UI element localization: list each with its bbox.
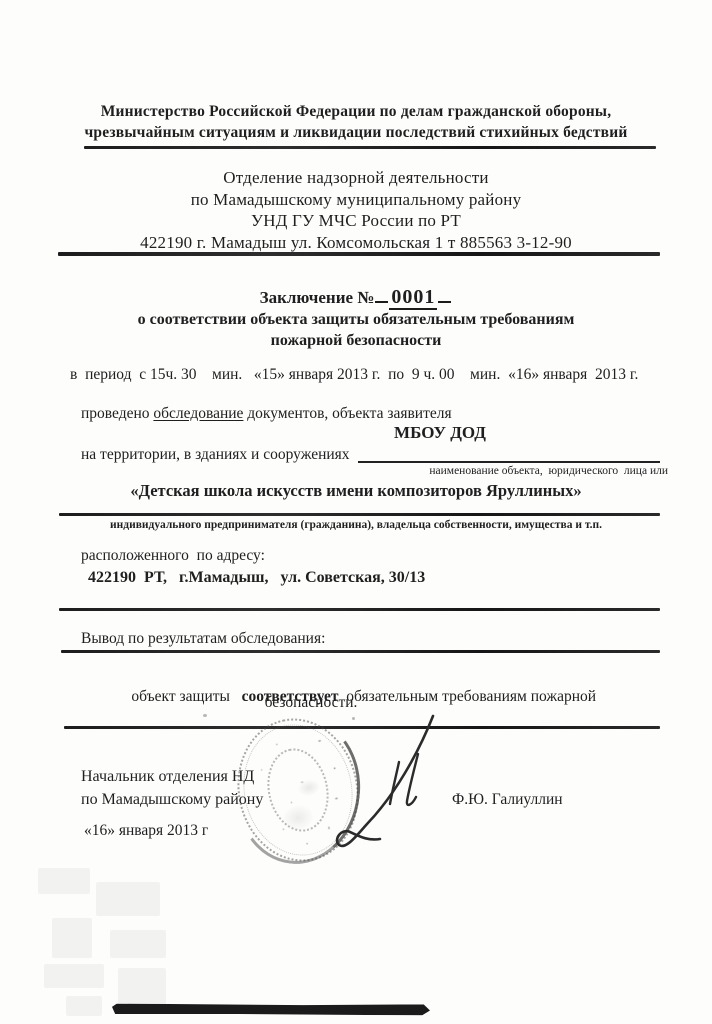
document-title-row: Заключение №0001: [54, 286, 658, 309]
document-number: 0001: [389, 286, 437, 310]
signature-date: «16» января 2013 г: [84, 822, 208, 840]
hint-object-name: наименование объекта, юридического лица …: [380, 465, 668, 477]
survey-line: проведено обследование документов, объек…: [81, 405, 641, 423]
survey-word-underlined: обследование: [153, 405, 243, 422]
hint-owner: индивидуального предпринимателя (граждан…: [54, 519, 658, 531]
scan-speck-1: [203, 714, 207, 717]
address-label: расположенного по адресу:: [81, 547, 265, 565]
department-line-4: 422190 г. Мамадыш ул. Комсомольская 1 т …: [54, 232, 658, 254]
object-name-rule: [59, 513, 660, 516]
applicant-name: МБОУ ДОД: [330, 423, 550, 443]
conclusion-rule: [61, 650, 660, 653]
survey-prefix: проведено: [81, 405, 153, 422]
department-rule: [58, 252, 660, 256]
department-line-1: Отделение надзорной деятельности: [54, 167, 658, 189]
title-subtitle-1: о соответствии объекта защиты обязательн…: [54, 311, 658, 329]
territory-label: на территории, в зданиях и сооружениях: [81, 446, 350, 464]
department-line-3: УНД ГУ МЧС России по РТ: [54, 210, 658, 232]
ministry-header: Министерство Российской Федерации по дел…: [54, 101, 658, 143]
object-name: «Детская школа искусств имени композитор…: [54, 481, 658, 501]
signatory-position-line-1: Начальник отделения НД: [81, 768, 254, 786]
scanned-document-page: Министерство Российской Федерации по дел…: [0, 0, 712, 1024]
number-blank-left: [375, 301, 388, 304]
inspection-period-line: в период с 15ч. 30 мин. «15» января 2013…: [70, 366, 670, 384]
ministry-header-line-2: чрезвычайным ситуациям и ликвидации посл…: [54, 122, 658, 143]
scan-noise-patch-7: [66, 996, 102, 1016]
scan-noise-patch-5: [44, 964, 104, 988]
scan-edge-bar: [112, 1004, 430, 1016]
title-subtitle-2: пожарной безопасности: [54, 332, 658, 350]
department-block: Отделение надзорной деятельности по Мама…: [54, 167, 658, 253]
document-title: Заключение №: [260, 288, 375, 307]
number-blank-right: [438, 301, 451, 304]
scan-noise-patch-2: [96, 882, 160, 916]
address-value: 422190 РТ, г.Мамадыш, ул. Советская, 30/…: [88, 569, 425, 587]
ministry-header-line-1: Министерство Российской Федерации по дел…: [54, 101, 658, 122]
conclusion-label: Вывод по результатам обследования:: [81, 630, 325, 648]
scan-speck-2: [352, 717, 355, 720]
header-rule: [84, 146, 656, 149]
scan-noise-patch-1: [38, 868, 90, 894]
scan-noise-patch-4: [110, 930, 166, 958]
department-line-2: по Мамадышскому муниципальному району: [54, 189, 658, 211]
territory-fill-line: [358, 461, 660, 463]
handwritten-signature: [230, 700, 480, 860]
scan-noise-patch-3: [52, 918, 92, 958]
signature-main-stroke: [337, 716, 433, 846]
survey-suffix: документов, объекта заявителя: [243, 405, 451, 422]
address-rule: [59, 608, 660, 611]
